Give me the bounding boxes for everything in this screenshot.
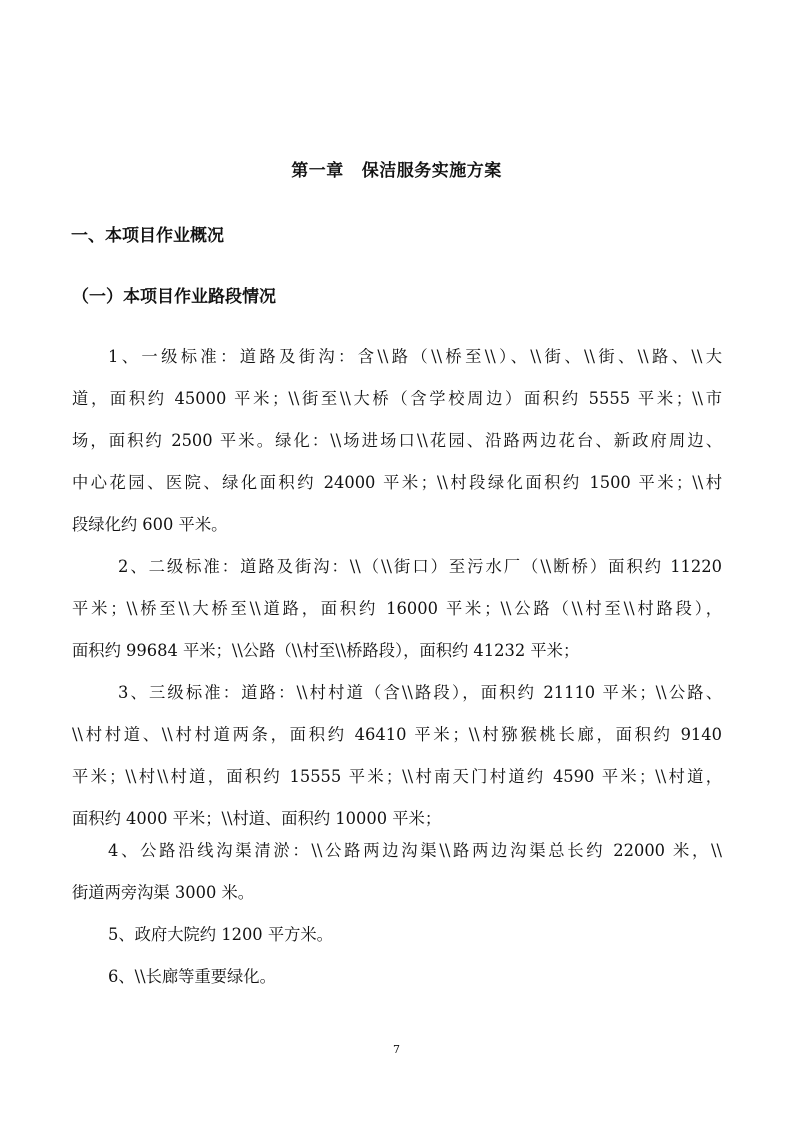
paragraph-5-government-compound: 5、政府大院约 1200 平方米。 xyxy=(72,914,722,956)
chapter-title: 第一章保洁服务实施方案 xyxy=(0,156,793,181)
page-number: 7 xyxy=(0,1043,793,1056)
paragraph-line: \\村村道、\\村村道两条，面积约 46410 平米；\\村猕猴桃长廊，面积约 … xyxy=(72,714,722,756)
paragraph-line: 平米；\\桥至\\大桥至\\道路，面积约 16000 平米；\\公路（\\村至\… xyxy=(72,588,722,630)
paragraph-line: 5、政府大院约 1200 平方米。 xyxy=(72,914,722,956)
paragraph-line: 面积约 99684 平米；\\公路（\\村至\\桥路段），面积约 41232 平… xyxy=(72,630,722,672)
paragraph-3-third-level-standard: 3、三级标准：道路：\\村村道（含\\路段），面积约 21110 平米；\\公路… xyxy=(72,672,722,840)
chapter-number: 第一章 xyxy=(291,161,344,181)
paragraph-line: 4、公路沿线沟渠清淤：\\公路两边沟渠\\路两边沟渠总长约 22000 米，\\ xyxy=(72,830,722,872)
paragraph-line: 3、三级标准：道路：\\村村道（含\\路段），面积约 21110 平米；\\公路… xyxy=(72,672,722,714)
paragraph-line: 2、二级标准：道路及街沟：\\（\\街口）至污水厂（\\断桥）面积约 11220 xyxy=(72,546,722,588)
paragraph-line: 中心花园、医院、绿化面积约 24000 平米；\\村段绿化面积约 1500 平米… xyxy=(72,462,722,504)
paragraph-line: 段绿化约 600 平米。 xyxy=(72,504,722,546)
paragraph-line: 1、一级标准：道路及街沟：含\\路（\\桥至\\）、\\街、\\街、\\路、\\… xyxy=(72,336,722,378)
paragraph-1-first-level-standard: 1、一级标准：道路及街沟：含\\路（\\桥至\\）、\\街、\\街、\\路、\\… xyxy=(72,336,722,546)
paragraph-line: 6、\\长廊等重要绿化。 xyxy=(72,956,722,998)
paragraph-line: 道，面积约 45000 平米；\\街至\\大桥（含学校周边）面积约 5555 平… xyxy=(72,378,722,420)
paragraph-line: 平米；\\村\\村道，面积约 15555 平米；\\村南天门村道约 4590 平… xyxy=(72,756,722,798)
paragraph-2-second-level-standard: 2、二级标准：道路及街沟：\\（\\街口）至污水厂（\\断桥）面积约 11220… xyxy=(72,546,722,672)
section-heading: 一、本项目作业概况 xyxy=(71,221,224,246)
document-page: 第一章保洁服务实施方案 一、本项目作业概况 （一）本项目作业路段情况 1、一级标… xyxy=(0,0,793,1122)
paragraph-6-corridor-greening: 6、\\长廊等重要绿化。 xyxy=(72,956,722,998)
subsection-heading: （一）本项目作业路段情况 xyxy=(72,282,276,307)
paragraph-4-ditch-dredging: 4、公路沿线沟渠清淤：\\公路两边沟渠\\路两边沟渠总长约 22000 米，\\… xyxy=(72,830,722,914)
paragraph-line: 场，面积约 2500 平米。绿化：\\场进场口\\花园、沿路两边花台、新政府周边… xyxy=(72,420,722,462)
chapter-name: 保洁服务实施方案 xyxy=(362,161,502,181)
paragraph-line: 街道两旁沟渠 3000 米。 xyxy=(72,872,722,914)
